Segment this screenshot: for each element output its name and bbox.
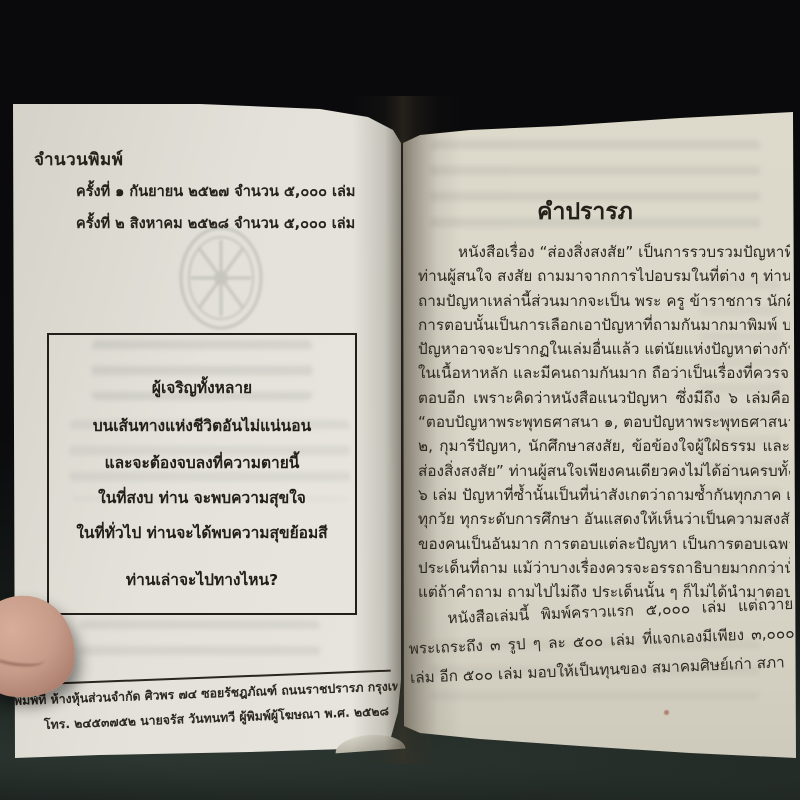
print-edition-1: ครั้งที่ ๑ กันยายน ๒๕๒๗ จำนวน ๕,๐๐๐ เล่ม: [76, 180, 355, 203]
wheel-seal-icon: [176, 224, 266, 332]
verse-box: ผู้เจริญทั้งหลาย บนเส้นทางแห่งชีวิตอันไม…: [47, 333, 357, 615]
text-line: ในเนื้อหาหลัก และมีคนถามกันมาก ถือว่าเป็…: [418, 361, 790, 385]
verse-line: บนเส้นทางแห่งชีวิตอันไม่แน่นอน: [49, 413, 355, 438]
paper-stain: [664, 710, 669, 715]
text-line: ทุกวัย ทุกระดับการศึกษา อันแสดงให้เห็นว่…: [418, 507, 790, 531]
text-line: การตอบนั้นเป็นการเลือกเอาปัญหาที่ถามกันม…: [418, 313, 790, 337]
text-line: ๒, กุมารีปัญหา, นักศึกษาสงสัย, ข้อข้องใจ…: [418, 434, 790, 458]
thumb-crease: [0, 643, 46, 670]
text-line: ถามปัญหาเหล่านี้ส่วนมากจะเป็น พระ ครู ข้…: [418, 289, 790, 313]
text-line: ส่องสิ่งสงสัย” ท่านผู้สนใจเพียงคนเดียวคง…: [418, 459, 790, 483]
verse-line: ผู้เจริญทั้งหลาย: [49, 375, 355, 400]
open-book-photo: จำนวนพิมพ์ ครั้งที่ ๑ กันยายน ๒๕๒๗ จำนวน…: [0, 0, 800, 800]
verse-line: ในที่ทั่วไป ท่านจะได้พบความสุขย้อมสี: [49, 520, 355, 545]
preface-paragraph-2: หนังสือเล่มนี้ พิมพ์คราวแรก ๕,๐๐๐ เล่ม แ…: [407, 590, 796, 693]
print-count-heading: จำนวนพิมพ์: [34, 146, 123, 173]
preface-paragraph-1: หนังสือเรื่อง “ส่องสิ่งสงสัย” เป็นการรวบ…: [418, 240, 790, 604]
text-line: ๖ เล่ม ปัญหาที่ซ้ำนั้นเป็นที่น่าสังเกตว่…: [418, 483, 790, 507]
text-line: ปัญหาอาจจะปรากฏในเล่มอื่นแล้ว แต่นัยแห่ง…: [418, 337, 790, 361]
verse-line: ในที่สงบ ท่าน จะพบความสุขใจ: [49, 485, 355, 510]
text-line: ประเด็นที่ถาม แม้ว่าบางเรื่องควรจะอรรถาธ…: [418, 556, 790, 580]
verse-line: และจะต้องจบลงที่ความตายนี้: [49, 450, 355, 475]
chapter-title: คำปรารภ: [460, 194, 710, 230]
text-line: ของคนเป็นอันมาก การตอบแต่ละปัญหา เป็นการ…: [418, 532, 790, 556]
verse-line: ท่านเล่าจะไปทางไหน?: [49, 567, 355, 592]
text-line: ท่านผู้สนใจ สงสัย ถามมาจากการไปอบรมในที่…: [418, 264, 790, 288]
text-line: “ตอบปัญหาพระพุทธศาสนา ๑, ตอบปัญหาพระพุทธ…: [418, 410, 790, 434]
show-through-ghost-text: [80, 620, 320, 670]
text-line: ตอบอีก เพราะคิดว่าหนังสือแนวปัญหา ซึ่งมี…: [418, 386, 790, 410]
text-line: หนังสือเรื่อง “ส่องสิ่งสงสัย” เป็นการรวบ…: [418, 240, 790, 264]
